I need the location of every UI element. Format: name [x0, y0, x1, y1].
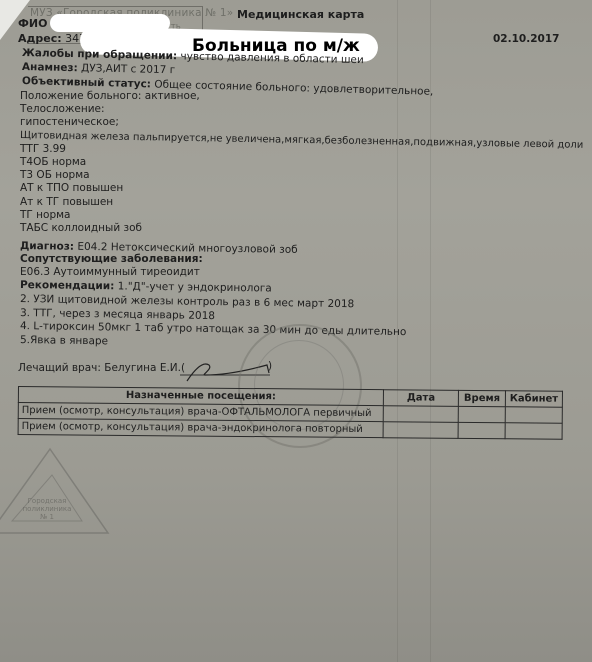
fio-label: ФИО	[18, 17, 47, 30]
document-date: 02.10.2017	[493, 33, 559, 45]
svg-text:№ 1: № 1	[40, 513, 54, 521]
recommendation-item: 3. ТТГ, через з месяца январь 2018	[20, 307, 215, 322]
recommendation-item: 5.Явка в январе	[20, 334, 108, 347]
doctor-name: Белугина Е.И.(	[104, 362, 185, 374]
fold-line	[430, 0, 431, 662]
recommendations-label: Рекомендации:	[20, 279, 115, 292]
medical-record-page: МУЗ «Городская поликлиника № 1» Ростовск…	[0, 0, 592, 662]
column-header: Кабинет	[505, 391, 562, 407]
complaints-value: чувство давления в области шеи	[180, 50, 364, 66]
column-header: Время	[459, 390, 506, 406]
visit-room	[505, 423, 562, 439]
visit-time	[458, 422, 505, 438]
visit-description: Прием (осмотр, консультация) врача-эндок…	[18, 419, 383, 438]
diagnosis-label: Диагноз:	[20, 240, 74, 253]
recommendation-item: 1."Д"-учет у эндокринолога	[118, 280, 272, 294]
table-row: Прием (осмотр, консультация) врача-эндок…	[18, 419, 562, 440]
objective-status-line: Ат к ТГ повышен	[20, 196, 113, 208]
objective-status-line: Т3 ОБ норма	[20, 169, 90, 181]
anamnesis-value: ДУЗ,АИТ с 2017 г	[81, 62, 175, 76]
svg-text:Городская: Городская	[28, 497, 67, 505]
objective-status-line: Телосложение:	[20, 103, 105, 115]
objective-status-line: Т4ОБ норма	[20, 156, 86, 168]
visit-time	[458, 406, 505, 422]
document-title: Медицинская карта	[237, 8, 364, 21]
address-label: Адрес:	[18, 32, 62, 45]
objective-status-line: ТАБС коллоидный зоб	[20, 222, 142, 234]
visit-room	[505, 407, 562, 423]
objective-status-line: ТТГ 3.99	[20, 143, 66, 155]
objective-status-line: АТ к ТПО повышен	[20, 182, 123, 194]
doctor-label: Лечащий врач:	[18, 362, 101, 374]
comorbidities-value: Е06.3 Аутоиммунный тиреоидит	[20, 266, 200, 278]
svg-text:поликлиника: поликлиника	[23, 505, 72, 513]
anamnesis-label: Анамнез:	[22, 61, 78, 74]
visit-date	[383, 406, 458, 423]
complaints-label: Жалобы при обращении:	[22, 47, 177, 62]
objective-status-line: ТГ норма	[20, 209, 70, 221]
triangular-stamp: Городская поликлиника № 1	[0, 445, 110, 535]
objective-status-line: Положение больного: активное,	[20, 90, 200, 102]
column-header: Дата	[383, 390, 458, 407]
objective-status-label: Объективный статус:	[22, 75, 151, 90]
scheduled-visits-table: Назначенные посещения: Дата Время Кабине…	[18, 386, 563, 440]
objective-status-line: гипостеническое;	[20, 116, 119, 128]
objective-status-line: Щитовидная железа пальпируется,не увелич…	[20, 130, 583, 151]
visit-date	[383, 422, 458, 439]
comorbidities-label: Сопутствующие заболевания:	[20, 253, 203, 265]
